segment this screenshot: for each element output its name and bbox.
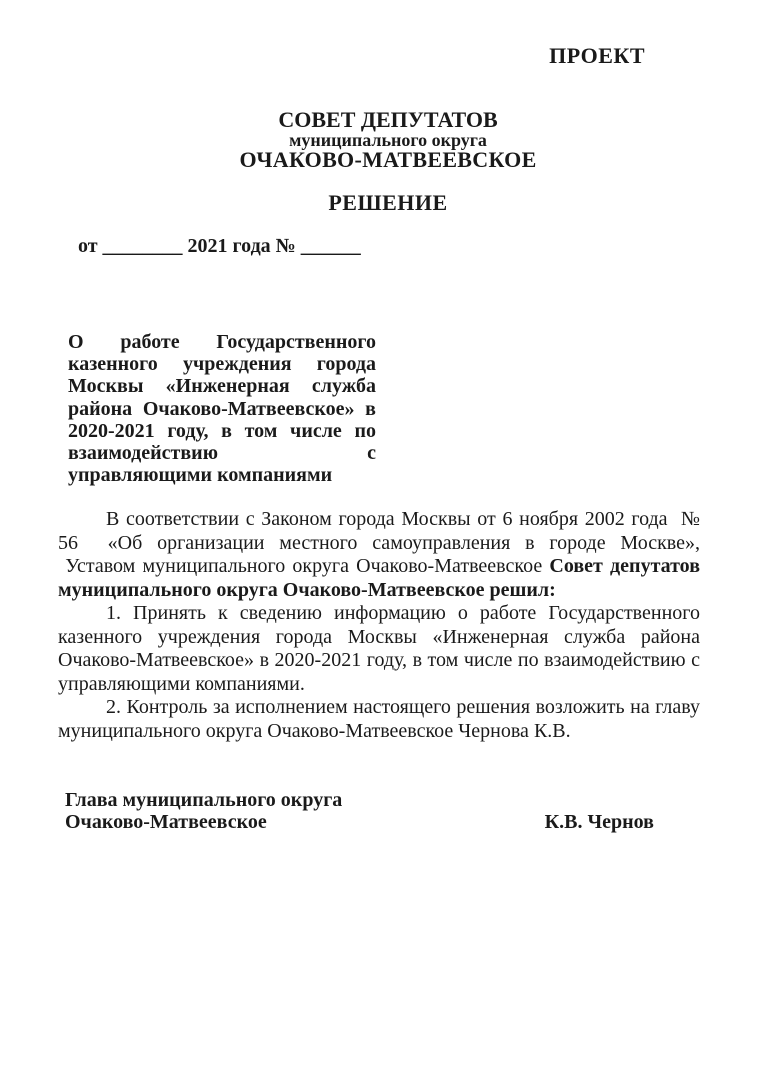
signature-title-line1: Глава муниципального округа [65, 789, 700, 811]
resolution-body: В соответствии с Законом города Москвы о… [58, 508, 700, 743]
signature-row: Очаково-Матвеевское К.В. Чернов [65, 811, 700, 833]
subject-block: О работе Государственного казенного учре… [68, 331, 376, 486]
signature-block: Глава муниципального округа Очаково-Матв… [65, 789, 700, 833]
document-page: ПРОЕКТ СОВЕТ ДЕПУТАТОВ муниципального ок… [0, 0, 762, 1078]
document-header: СОВЕТ ДЕПУТАТОВ муниципального округа ОЧ… [58, 108, 700, 171]
signature-name: К.В. Чернов [545, 811, 654, 833]
date-number-line: от ________ 2021 года № ______ [78, 235, 700, 257]
resolution-item-1: 1. Принять к сведению информацию о работ… [58, 602, 700, 696]
resolution-item-2: 2. Контроль за исполнением настоящего ре… [58, 696, 700, 743]
okrug-name: ОЧАКОВО-МАТВЕЕВСКОЕ [76, 149, 700, 171]
draft-label: ПРОЕКТ [58, 44, 645, 67]
signature-title-line2: Очаково-Матвеевское [65, 811, 267, 833]
preamble-paragraph: В соответствии с Законом города Москвы о… [58, 508, 700, 602]
document-type-title: РЕШЕНИЕ [58, 192, 700, 214]
council-name: СОВЕТ ДЕПУТАТОВ [76, 108, 700, 131]
